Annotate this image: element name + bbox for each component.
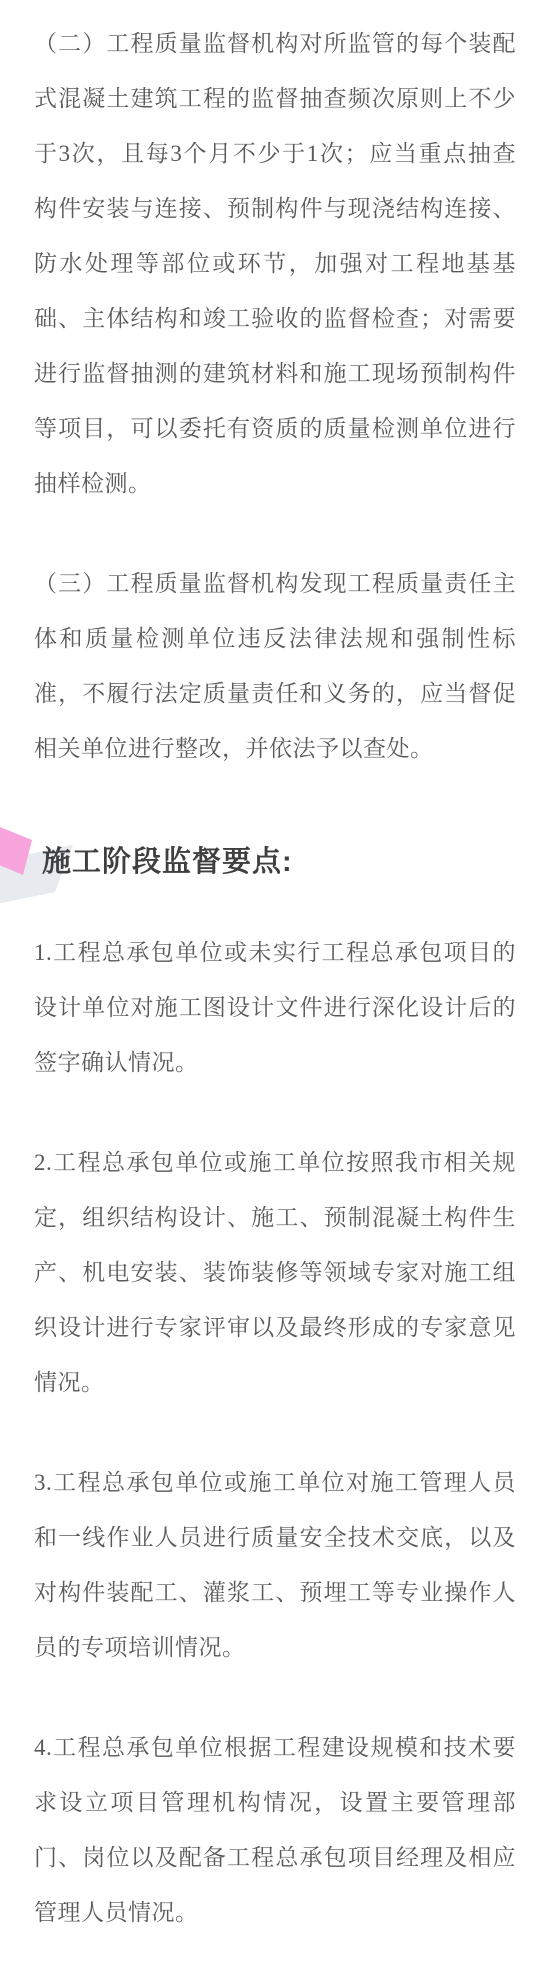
supervision-point-1: 1.工程总承包单位或未实行工程总承包项目的设计单位对施工图设计文件进行深化设计后… (34, 925, 516, 1090)
supervision-point-2: 2.工程总承包单位或施工单位按照我市相关规定，组织结构设计、施工、预制混凝土构件… (34, 1135, 516, 1410)
article-page: （二）工程质量监督机构对所监管的每个装配式混凝土建筑工程的监督抽查频次原则上不少… (0, 0, 550, 1968)
section-heading-title: 施工阶段监督要点: (42, 839, 293, 880)
paragraph-supervision-frequency: （二）工程质量监督机构对所监管的每个装配式混凝土建筑工程的监督抽查频次原则上不少… (34, 16, 516, 511)
paragraph-violation-handling: （三）工程质量监督机构发现工程质量责任主体和质量检测单位违反法律法规和强制性标准… (34, 556, 516, 776)
article-content: （二）工程质量监督机构对所监管的每个装配式混凝土建筑工程的监督抽查频次原则上不少… (0, 0, 550, 1940)
section-heading-block: 施工阶段监督要点: (34, 821, 516, 885)
supervision-point-3: 3.工程总承包单位或施工单位对施工管理人员和一线作业人员进行质量安全技术交底，以… (34, 1455, 516, 1675)
supervision-point-4: 4.工程总承包单位根据工程建设规模和技术要求设立项目管理机构情况，设置主要管理部… (34, 1720, 516, 1940)
